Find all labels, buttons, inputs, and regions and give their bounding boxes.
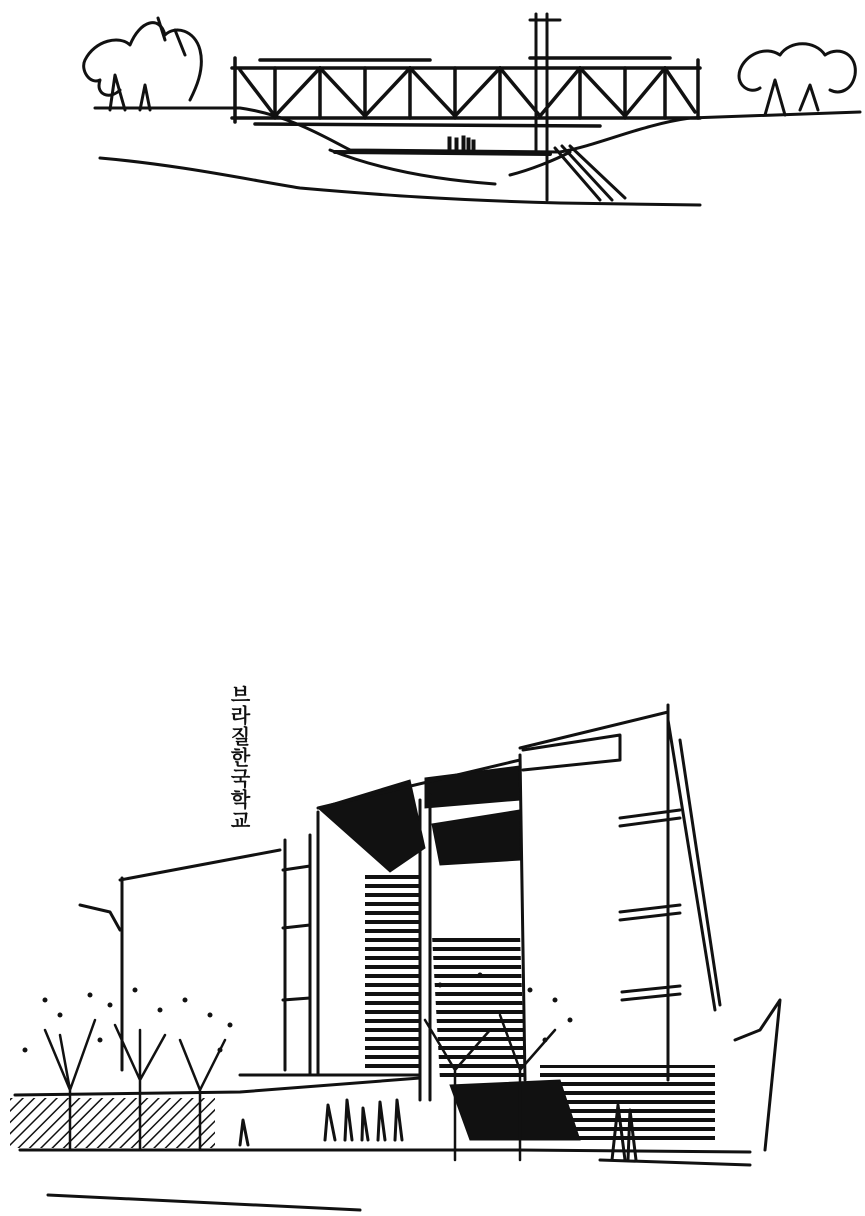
right-block (520, 705, 720, 1080)
central-block (318, 755, 525, 1100)
school-building-sketch (0, 680, 865, 1216)
school-sign-text: 브라질한국학교 (229, 684, 253, 831)
school-drawing (0, 680, 865, 1216)
left-tree (84, 18, 202, 110)
right-tree (739, 44, 855, 115)
ground-lines (95, 108, 860, 205)
bridge-truss (232, 58, 700, 126)
lower-deck (335, 152, 550, 154)
people-figures (448, 136, 475, 151)
bridge-pylon (530, 14, 625, 200)
truss-bridge-sketch (0, 0, 865, 220)
bridge-drawing (0, 0, 865, 220)
left-wing (80, 835, 310, 1075)
underline-stroke (48, 1195, 360, 1210)
